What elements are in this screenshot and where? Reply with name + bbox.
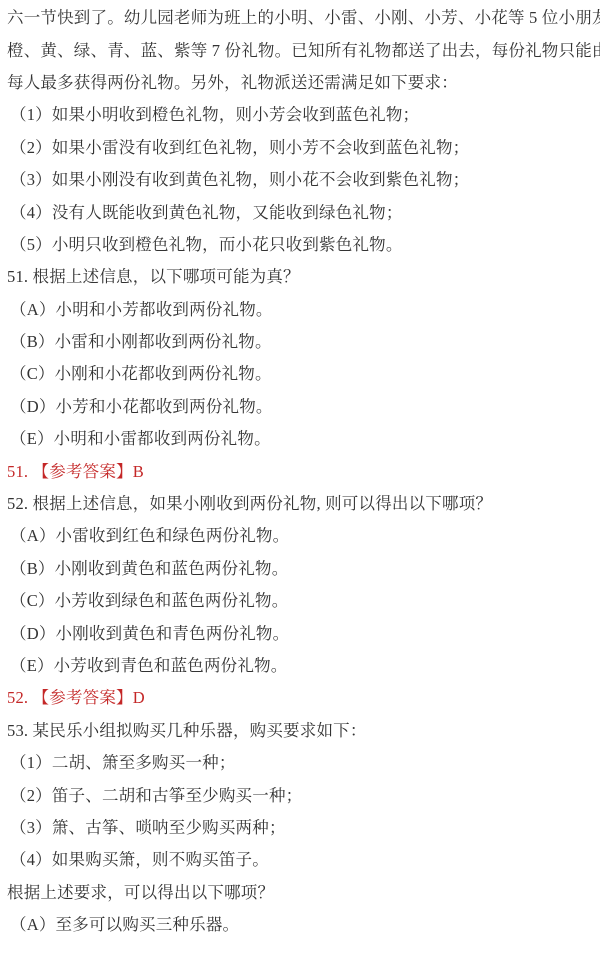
question-52-option-d: （D）小刚收到黄色和青色两份礼物。 <box>0 615 600 647</box>
question-52-option-b: （B）小刚收到黄色和蓝色两份礼物。 <box>0 551 600 583</box>
question-52-stem: 52. 根据上述信息，如果小刚收到两份礼物, 则可以得出以下哪项？ <box>0 486 600 518</box>
question-52-option-a: （A）小雷收到红色和绿色两份礼物。 <box>0 518 600 550</box>
intro-line-3: 每人最多获得两份礼物。另外，礼物派送还需满足如下要求： <box>0 65 600 97</box>
intro-line-2: 橙、黄、绿、青、蓝、紫等 7 份礼物。已知所有礼物都送了出去，每份礼物只能由一人… <box>0 32 600 64</box>
question-51-option-b: （B）小雷和小刚都收到两份礼物。 <box>0 324 600 356</box>
gift-condition-2: （2）如果小雷没有收到红色礼物，则小芳不会收到蓝色礼物； <box>0 130 600 162</box>
gift-condition-5: （5）小明只收到橙色礼物，而小花只收到紫色礼物。 <box>0 227 600 259</box>
question-53-condition-3: （3）箫、古筝、唢呐至少购买两种； <box>0 810 600 842</box>
question-52-option-e: （E）小芳收到青色和蓝色两份礼物。 <box>0 648 600 680</box>
question-52-option-c: （C）小芳收到绿色和蓝色两份礼物。 <box>0 583 600 615</box>
question-51-option-d: （D）小芳和小花都收到两份礼物。 <box>0 389 600 421</box>
question-53-stem: 53. 某民乐小组拟购买几种乐器，购买要求如下： <box>0 713 600 745</box>
intro-line-1: 六一节快到了。幼儿园老师为班上的小明、小雷、小刚、小芳、小花等 5 位小朋友准备… <box>0 0 600 32</box>
question-51-option-c: （C）小刚和小花都收到两份礼物。 <box>0 356 600 388</box>
exam-document-page: 六一节快到了。幼儿园老师为班上的小明、小雷、小刚、小芳、小花等 5 位小朋友准备… <box>0 0 600 957</box>
question-53-condition-1: （1）二胡、箫至多购买一种； <box>0 745 600 777</box>
gift-condition-4: （4）没有人既能收到黄色礼物，又能收到绿色礼物； <box>0 194 600 226</box>
question-53-question: 根据上述要求，可以得出以下哪项？ <box>0 875 600 907</box>
question-53-option-a: （A）至多可以购买三种乐器。 <box>0 907 600 939</box>
question-53-condition-2: （2）笛子、二胡和古筝至少购买一种； <box>0 777 600 809</box>
question-51-stem: 51. 根据上述信息，以下哪项可能为真？ <box>0 259 600 291</box>
question-53-condition-4: （4）如果购买箫，则不购买笛子。 <box>0 842 600 874</box>
question-51-option-e: （E）小明和小雷都收到两份礼物。 <box>0 421 600 453</box>
question-52-answer: 52. 【参考答案】D <box>0 680 600 712</box>
question-51-answer: 51. 【参考答案】B <box>0 453 600 485</box>
question-51-option-a: （A）小明和小芳都收到两份礼物。 <box>0 292 600 324</box>
gift-condition-3: （3）如果小刚没有收到黄色礼物，则小花不会收到紫色礼物； <box>0 162 600 194</box>
gift-condition-1: （1）如果小明收到橙色礼物，则小芳会收到蓝色礼物； <box>0 97 600 129</box>
